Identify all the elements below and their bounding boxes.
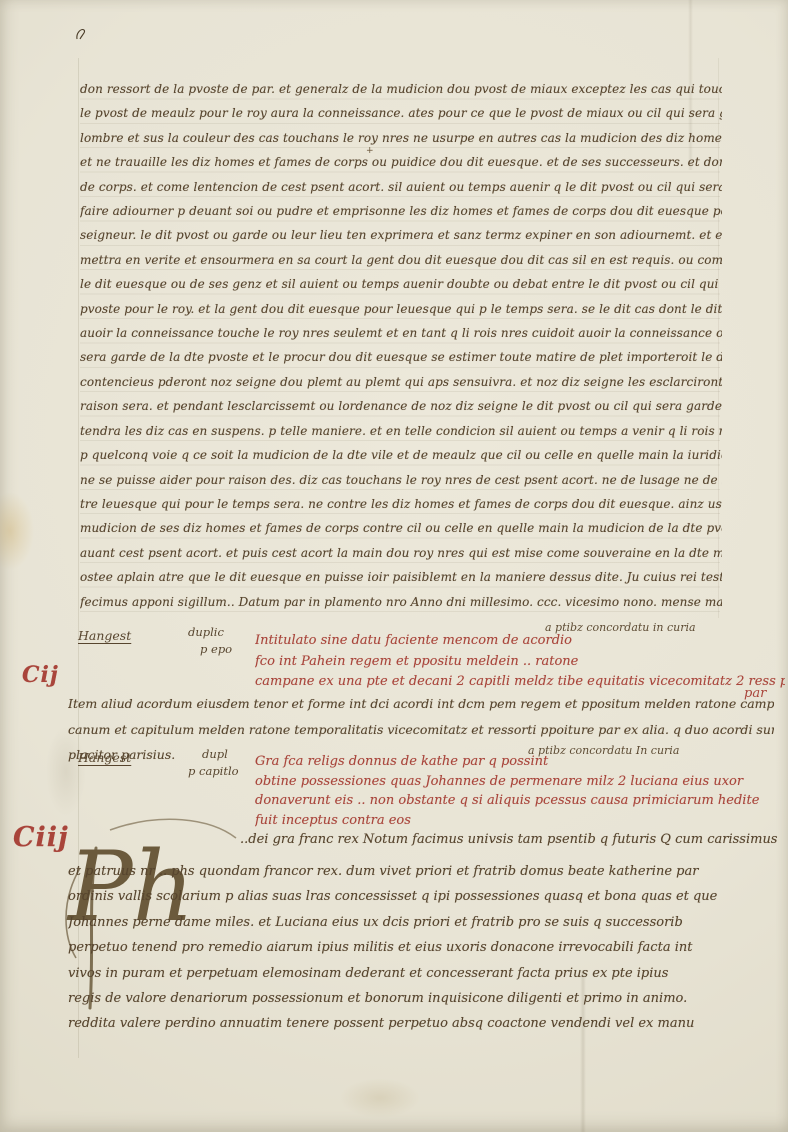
rubric-line: fuit inceptus contra eos [255, 811, 775, 831]
text-line: lombre et sus la couleur des cas touchan… [80, 126, 722, 150]
text-line: et patruus nr .. phs quondam francor rex… [68, 859, 776, 884]
text-line: raison sera. et pendant lesclarcissemt o… [80, 394, 722, 418]
text-line: le dit euesque ou de ses genz et sil aui… [80, 272, 722, 296]
text-line: auoir la conneissance touche le roy nres… [80, 321, 722, 345]
text-line: don ressort de la pvoste de par. et gene… [80, 77, 722, 101]
margin-note-hangest-2: Hangest [78, 750, 131, 765]
text-line: de corps. et come lentencion de cest pse… [80, 175, 722, 199]
margin-note-duplic-1: duplic [188, 625, 224, 639]
text-line: p quelconq voie q ce soit la mudicion de… [80, 443, 722, 467]
latin-paragraph: et patruus nr .. phs quondam francor rex… [68, 859, 776, 1037]
rubric-line: campane ex una pte et decani 2 capitli m… [255, 672, 785, 693]
rubric-red-text-2: Gra fca religs donnus de kathe par q pos… [255, 752, 775, 830]
text-line: fecimus apponi sigillum.. Datum par in p… [80, 590, 722, 614]
text-line: Johannes perne dame miles. et Luciana ei… [68, 910, 776, 935]
text-line: ostee aplain atre que le dit euesque en … [80, 565, 722, 589]
folio-number-cij: Cij [22, 662, 59, 688]
text-line: contencieus pderont noz seigne dou plemt… [80, 370, 722, 394]
text-line: perpetuo tenend pro remedio aiarum ipius… [68, 935, 776, 960]
text-line: ne se puisse aider pour raison des. diz … [80, 468, 722, 492]
rubric-line: donaverunt eis .. non obstante q si aliq… [255, 791, 775, 811]
text-line: sera garde de la dte pvoste et le procur… [80, 345, 722, 369]
text-line: reddita valere perdino annuatim tenere p… [68, 1011, 776, 1036]
manuscript-page: + don ressort de la pvoste de par. et ge… [0, 0, 788, 1132]
text-line: ordinis vallis scolarium p alias suas lr… [68, 884, 776, 909]
margin-note-per-capitlo: p capitlo [188, 764, 239, 778]
text-line: Item aliud acordum eiusdem tenor et form… [68, 691, 774, 717]
text-line: mettra en verite et ensourmera en sa cou… [80, 248, 722, 272]
text-line: et ne trauaille les diz homes et fames d… [80, 150, 722, 174]
parchment-stain [0, 492, 34, 570]
text-line: pvoste pour le roy. et la gent dou dit e… [80, 297, 722, 321]
red-word-par: par [744, 686, 766, 701]
rubric-line: Intitulato sine datu faciente mencom de … [255, 631, 785, 652]
rubric-line: Gra fca religs donnus de kathe par q pos… [255, 752, 775, 772]
margin-note-duplic-2: dupl [202, 747, 228, 761]
parchment-stain [340, 1078, 420, 1118]
latin-paragraph-first-line: ..dei gra franc rex Notum facimus univsi… [240, 832, 780, 847]
main-text-block: don ressort de la pvoste de par. et gene… [80, 77, 722, 614]
margin-note-per-epo: p epo [200, 642, 232, 656]
text-line: tre leuesque qui pour le temps sera. ne … [80, 492, 722, 516]
text-line: regis de valore denariorum possessionum … [68, 986, 776, 1011]
text-line: seigneur. le dit pvost ou garde ou leur … [80, 223, 722, 247]
text-line: tendra les diz cas en suspens. p telle m… [80, 419, 722, 443]
margin-note-hangest-1: Hangest [78, 628, 131, 643]
text-line: mudicion de ses diz homes et fames de co… [80, 516, 722, 540]
rubric-line: fco int Pahein regem et ppositu meldein … [255, 652, 785, 673]
text-line: faire adiourner p deuant soi ou pudre et… [80, 199, 722, 223]
stray-ink-mark [74, 26, 88, 42]
text-line: auant cest psent acort. et puis cest aco… [80, 541, 722, 565]
text-line: vivos in puram et perpetuam elemosinam d… [68, 961, 776, 986]
rubric-red-text-1: Intitulato sine datu faciente mencom de … [255, 631, 785, 693]
text-line: le pvost de meaulz pour le roy aura la c… [80, 101, 722, 125]
rubric-line: obtine possessiones quas Johannes de per… [255, 772, 775, 792]
text-line: canum et capitulum melden ratone tempora… [68, 717, 774, 743]
